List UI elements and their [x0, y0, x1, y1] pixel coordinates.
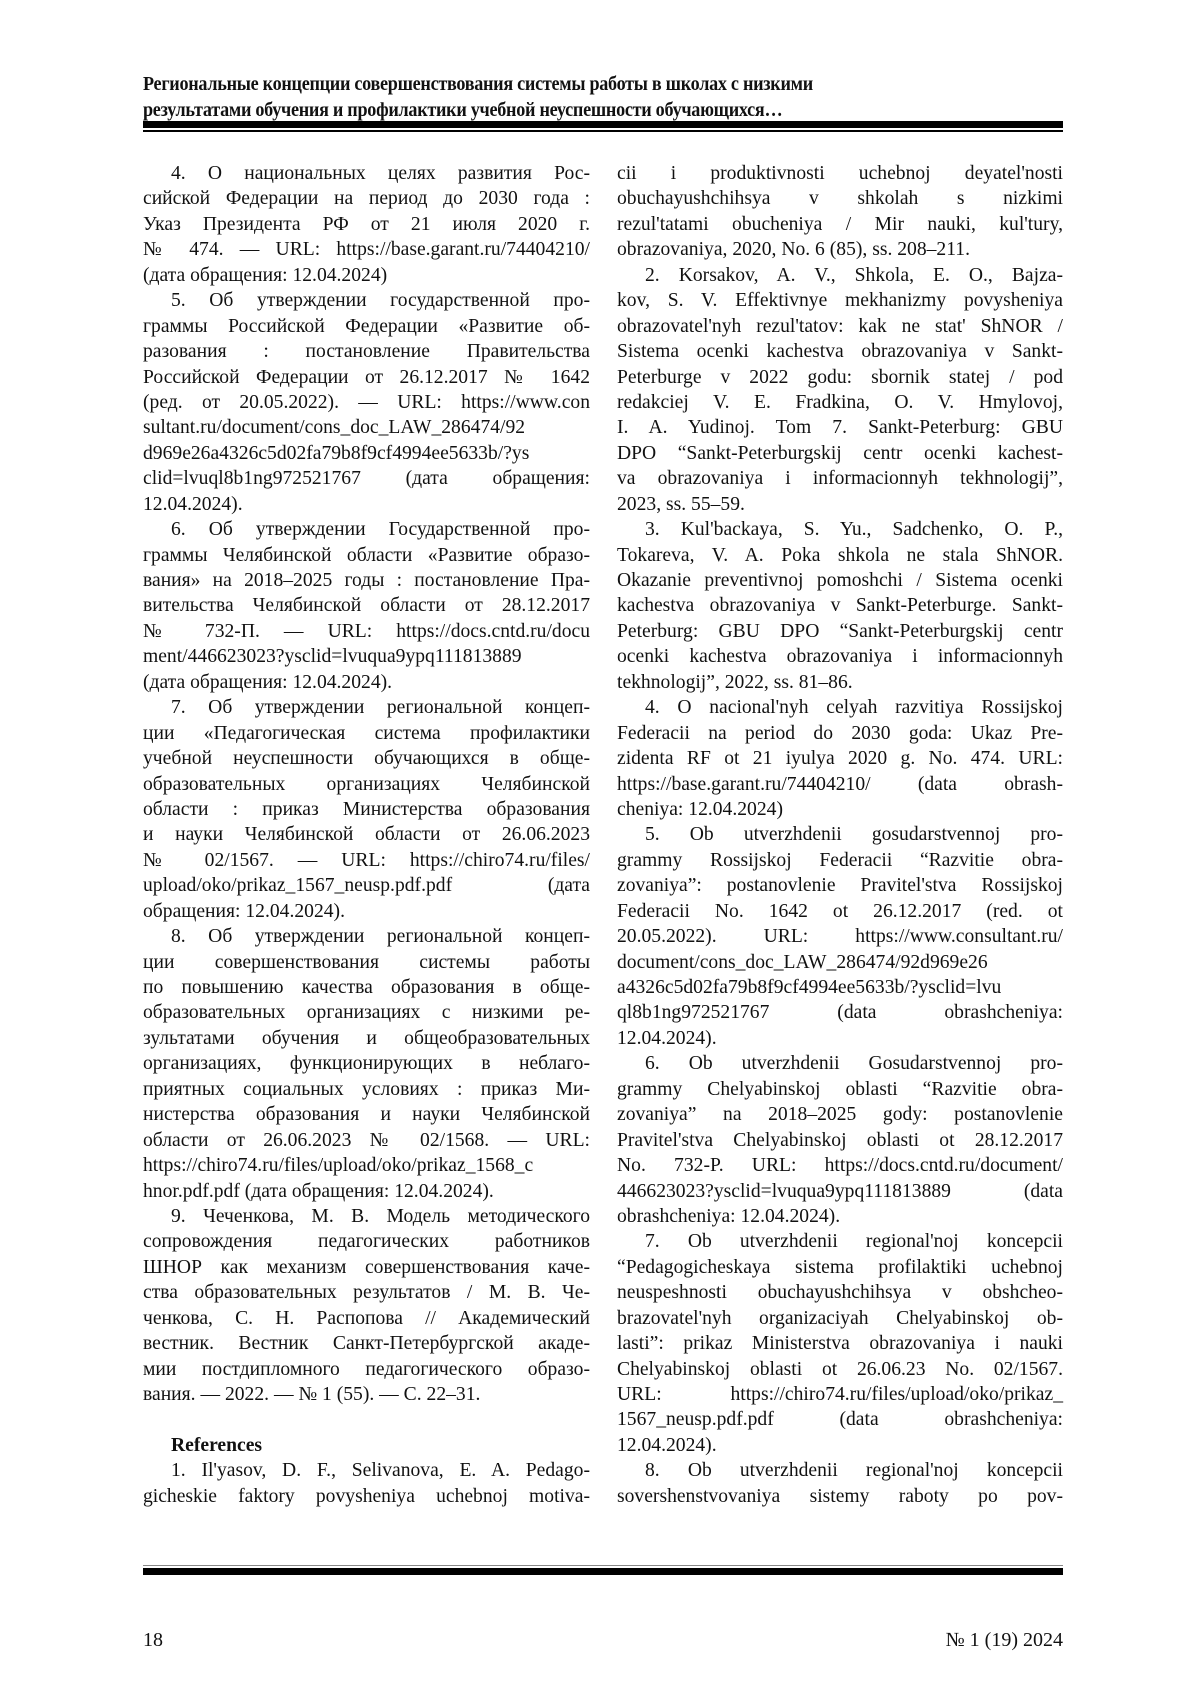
text-line: 5. Ob utverzhdenii gosudarstvennoj pro- [617, 822, 1063, 847]
text-line: document/cons_doc_LAW_286474/92d969e26 [617, 950, 1063, 975]
text-line: hnor.pdf.pdf (дата обращения: 12.04.2024… [143, 1179, 590, 1204]
text-line: 12.04.2024). [617, 1026, 1063, 1051]
text-line: вания» на 2018–2025 годы : постановление… [143, 568, 590, 593]
text-line: Peterburg: GBU DPO “Sankt-Peterburgskij … [617, 619, 1063, 644]
text-line: 6. Ob utverzhdenii Gosudarstvennoj pro- [617, 1051, 1063, 1076]
header-rule-thin [143, 130, 1063, 132]
text-line: 1. Il'yasov, D. F., Selivanova, E. A. Pe… [143, 1458, 590, 1483]
issue-number: № 1 (19) 2024 [946, 1628, 1063, 1652]
text-line: ql8b1ng972521767 (data obrashcheniya: [617, 1000, 1063, 1025]
section-heading-references: References [143, 1433, 590, 1458]
text-line: No. 732-P. URL: https://docs.cntd.ru/doc… [617, 1153, 1063, 1178]
header-rule-thick [143, 121, 1063, 128]
text-line: № 02/1567. — URL: https://chiro74.ru/fil… [143, 848, 590, 873]
text-line: 4. О национальных целях развития Рос- [143, 161, 590, 186]
text-line: разования : постановление Правительства [143, 339, 590, 364]
text-line: brazovatel'nyh organizaciyah Chelyabinsk… [617, 1306, 1063, 1331]
text-line: https://chiro74.ru/files/upload/oko/prik… [143, 1153, 590, 1178]
text-line: 20.05.2022). URL: https://www.consultant… [617, 924, 1063, 949]
text-line: tekhnologij”, 2022, ss. 81–86. [617, 670, 1063, 695]
text-line: “Pedagogicheskaya sistema profilaktiki u… [617, 1255, 1063, 1280]
text-line: вания. — 2022. — № 1 (55). — С. 22–31. [143, 1382, 590, 1407]
text-line: № 474. — URL: https://base.garant.ru/744… [143, 237, 590, 262]
footer-rule-thin [143, 1565, 1063, 1566]
text-line: ШНОР как механизм совершенствования каче… [143, 1255, 590, 1280]
text-line: 7. Ob utverzhdenii regional'noj koncepci… [617, 1229, 1063, 1254]
text-line: 12.04.2024). [143, 492, 590, 517]
text-line: rezul'tatami obucheniya / Mir nauki, kul… [617, 212, 1063, 237]
text-line: 1567_neusp.pdf.pdf (data obrashcheniya: [617, 1407, 1063, 1432]
text-line: и науки Челябинской области от 26.06.202… [143, 822, 590, 847]
text-line: d969e26a4326c5d02fa79b8f9cf4994ee5633b/?… [143, 441, 590, 466]
text-line: URL: https://chiro74.ru/files/upload/oko… [617, 1382, 1063, 1407]
left-column: 4. О национальных целях развития Рос-сий… [143, 161, 590, 1509]
text-line: gicheskie faktory povysheniya uchebnoj m… [143, 1484, 590, 1509]
text-line: va obrazovaniya i informacionnyh tekhnol… [617, 466, 1063, 491]
text-line: cheniya: 12.04.2024) [617, 797, 1063, 822]
text-line: вительства Челябинской области от 28.12.… [143, 593, 590, 618]
text-line: учебной неуспешности обучающихся в обще- [143, 746, 590, 771]
footer-rule-thick [143, 1568, 1063, 1575]
text-line: зультатами обучения и общеобразовательны… [143, 1026, 590, 1051]
text-line: redakciej V. E. Fradkina, O. V. Hmylovoj… [617, 390, 1063, 415]
text-line: вестник. Вестник Санкт-Петербургской ака… [143, 1331, 590, 1356]
text-line: 3. Kul'backaya, S. Yu., Sadchenko, O. P.… [617, 517, 1063, 542]
text-line: Okazanie preventivnoj pomoshchi / Sistem… [617, 568, 1063, 593]
text-line: https://base.garant.ru/74404210/ (data o… [617, 772, 1063, 797]
text-line: obrazovatel'nyh rezul'tatov: kak ne stat… [617, 314, 1063, 339]
text-line: lasti”: prikaz Ministerstva obrazovaniya… [617, 1331, 1063, 1356]
text-line: obrazovaniya, 2020, No. 6 (85), ss. 208–… [617, 237, 1063, 262]
text-line: 7. Об утверждении региональной концеп- [143, 695, 590, 720]
text-line: образовательных организациях с низкими р… [143, 1000, 590, 1025]
text-line: № 732-П. — URL: https://docs.cntd.ru/doc… [143, 619, 590, 644]
text-line: 5. Об утверждении государственной про- [143, 288, 590, 313]
text-line: образовательных организациях Челябинской [143, 772, 590, 797]
text-line: kov, S. V. Effektivnye mekhanizmy povysh… [617, 288, 1063, 313]
text-line: zidenta RF ot 21 iyulya 2020 g. No. 474.… [617, 746, 1063, 771]
text-line: neuspeshnosti obuchayushchihsya v obshch… [617, 1280, 1063, 1305]
text-line: grammy Rossijskoj Federacii “Razvitie ob… [617, 848, 1063, 873]
text-line: ченкова, С. Н. Распопова // Академически… [143, 1306, 590, 1331]
page-number: 18 [143, 1628, 163, 1652]
text-line: Chelyabinskoj oblasti ot 26.06.23 No. 02… [617, 1357, 1063, 1382]
text-line: zovaniya” na 2018–2025 gody: postanovlen… [617, 1102, 1063, 1127]
text-line: upload/oko/prikaz_1567_neusp.pdf.pdf (да… [143, 873, 590, 898]
text-line: Tokareva, V. A. Poka shkola ne stala ShN… [617, 543, 1063, 568]
text-line: Российской Федерации от 26.12.2017 № 164… [143, 365, 590, 390]
text-line: obrashcheniya: 12.04.2024). [617, 1204, 1063, 1229]
text-line: приятных социальных условиях : приказ Ми… [143, 1077, 590, 1102]
right-column: cii i produktivnosti uchebnoj deyatel'no… [617, 161, 1063, 1509]
text-line: ции совершенствования системы работы [143, 950, 590, 975]
text-line: ment/446623023?ysclid=lvuqua9ypq11181388… [143, 644, 590, 669]
text-line: zovaniya”: postanovlenie Pravitel'stva R… [617, 873, 1063, 898]
text-line: области от 26.06.2023 № 02/1568. — URL: [143, 1128, 590, 1153]
text-line: DPO “Sankt-Peterburgskij centr ocenki ka… [617, 441, 1063, 466]
text-line: clid=lvuql8b1ng972521767 (дата обращения… [143, 466, 590, 491]
text-line: мии постдипломного педагогического образ… [143, 1357, 590, 1382]
text-line: Указ Президента РФ от 21 июля 2020 г. [143, 212, 590, 237]
text-line: ции «Педагогическая система профилактики [143, 721, 590, 746]
text-line: нистерства образования и науки Челябинск… [143, 1102, 590, 1127]
text-line: 2. Korsakov, A. V., Shkola, E. O., Bajza… [617, 263, 1063, 288]
text-line: 8. Ob utverzhdenii regional'noj koncepci… [617, 1458, 1063, 1483]
text-line: Pravitel'stva Chelyabinskoj oblasti ot 2… [617, 1128, 1063, 1153]
text-line: kachestva obrazovaniya v Sankt-Peterburg… [617, 593, 1063, 618]
text-line: сопровождения педагогических работников [143, 1229, 590, 1254]
text-line: Peterburge v 2022 godu: sbornik statej /… [617, 365, 1063, 390]
page-footer: 18 № 1 (19) 2024 [143, 1628, 1063, 1652]
running-head: Региональные концепции совершенствования… [143, 72, 999, 124]
text-line: a4326c5d02fa79b8f9cf4994ee5633b/?ysclid=… [617, 975, 1063, 1000]
text-line: 12.04.2024). [617, 1433, 1063, 1458]
text-line: Sistema ocenki kachestva obrazovaniya v … [617, 339, 1063, 364]
text-line: 4. O nacional'nyh celyah razvitiya Rossi… [617, 695, 1063, 720]
text-line: 2023, ss. 55–59. [617, 492, 1063, 517]
text-line: sovershenstvovaniya sistemy raboty po po… [617, 1484, 1063, 1509]
text-line: сийской Федерации на период до 2030 года… [143, 186, 590, 211]
text-line: ства образовательных результатов / М. В.… [143, 1280, 590, 1305]
text-line: граммы Челябинской области «Развитие обр… [143, 543, 590, 568]
text-line: области : приказ Министерства образовани… [143, 797, 590, 822]
running-head-line-1: Региональные концепции совершенствования… [143, 72, 999, 98]
text-line: (дата обращения: 12.04.2024) [143, 263, 590, 288]
text-line: по повышению качества образования в обще… [143, 975, 590, 1000]
text-line: обращения: 12.04.2024). [143, 899, 590, 924]
text-line: 8. Об утверждении региональной концеп- [143, 924, 590, 949]
text-line: Federacii na period do 2030 goda: Ukaz P… [617, 721, 1063, 746]
text-line: 6. Об утверждении Государственной про- [143, 517, 590, 542]
text-line: I. A. Yudinoj. Tom 7. Sankt-Peterburg: G… [617, 415, 1063, 440]
text-line: cii i produktivnosti uchebnoj deyatel'no… [617, 161, 1063, 186]
text-line: (ред. от 20.05.2022). — URL: https://www… [143, 390, 590, 415]
text-line: grammy Chelyabinskoj oblasti “Razvitie o… [617, 1077, 1063, 1102]
text-line: sultant.ru/document/cons_doc_LAW_286474/… [143, 415, 590, 440]
text-line: ocenki kachestva obrazovaniya i informac… [617, 644, 1063, 669]
text-line: 446623023?ysclid=lvuqua9ypq111813889 (da… [617, 1179, 1063, 1204]
text-line: (дата обращения: 12.04.2024). [143, 670, 590, 695]
paragraph-gap [143, 1407, 590, 1432]
text-line: граммы Российской Федерации «Развитие об… [143, 314, 590, 339]
text-line: Federacii No. 1642 ot 26.12.2017 (red. o… [617, 899, 1063, 924]
text-line: obuchayushchihsya v shkolah s nizkimi [617, 186, 1063, 211]
text-line: 9. Чеченкова, М. В. Модель методического [143, 1204, 590, 1229]
text-line: организациях, функционирующих в неблаго- [143, 1051, 590, 1076]
